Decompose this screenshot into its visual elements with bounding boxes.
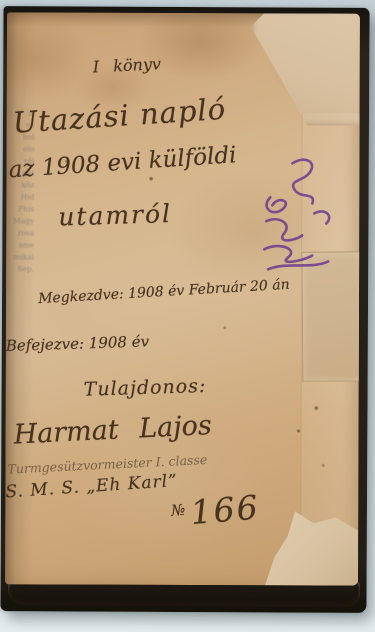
print-fragment: Sep. <box>17 264 34 273</box>
print-fragment: sme <box>19 240 34 249</box>
handwritten-serial-number: № 166 <box>170 487 261 533</box>
print-fragment: Phis <box>18 204 34 213</box>
notebook-title-page: is vé hol olo ről gat köz Hid Phis Magy … <box>5 12 360 585</box>
handwritten-title: Utazási napló <box>12 92 227 140</box>
purple-ink-scribble <box>258 157 350 279</box>
print-fragment: mikai <box>13 252 34 261</box>
torn-corner-patch-top-right <box>251 13 360 125</box>
numero-sign: № <box>170 501 186 520</box>
handwritten-book-number: I könyv <box>92 54 161 76</box>
print-fragment: rosa <box>18 228 34 237</box>
print-fragment: olo <box>23 144 34 153</box>
serial-number-value: 166 <box>189 487 261 532</box>
handwritten-start-date: Megkezdve: 1908 év Február 20 án <box>38 277 290 307</box>
handwritten-end-date: Befejezve: 1908 év <box>6 332 150 354</box>
handwritten-subtitle-1: az 1908 evi külföldi <box>8 142 237 183</box>
print-fragment: Magy <box>13 216 34 225</box>
print-fragment: Hid <box>21 192 35 201</box>
photo-of-diary-title-page: is vé hol olo ről gat köz Hid Phis Magy … <box>0 0 375 632</box>
handwritten-owner-name: Harmat Lajos <box>13 410 212 451</box>
handwritten-owner-label: Tulajdonos: <box>83 375 206 401</box>
handwritten-subtitle-2: utamról <box>58 199 173 232</box>
